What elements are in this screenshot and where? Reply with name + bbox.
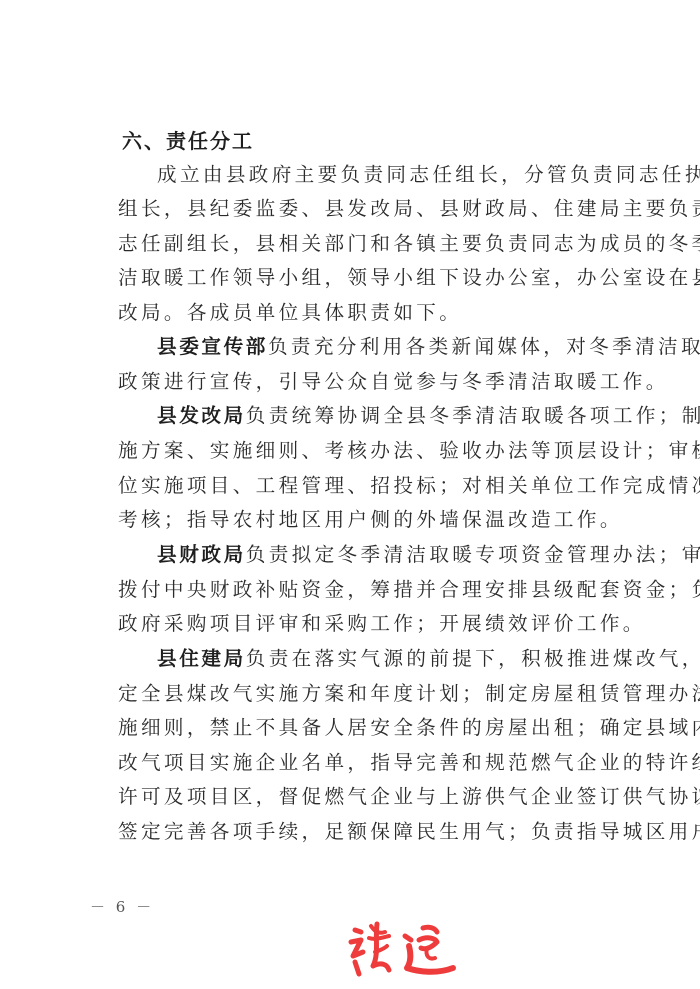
paragraph-first-line: 县发改局负责统筹协调全县冬季清洁取暖各项工作；制订实 <box>157 399 598 433</box>
paragraph-text: 负责统筹协调全县冬季清洁取暖各项工作；制订实 <box>246 404 700 427</box>
paragraph-line: 施细则，禁止不具备人居安全条件的房屋出租；确定县域内煤 <box>118 711 598 745</box>
paragraph-line: 拨付中央财政补贴资金，筹措并合理安排县级配套资金；负责 <box>118 573 598 607</box>
paragraph-line: 施方案、实施细则、考核办法、验收办法等顶层设计；审核各单 <box>118 434 598 468</box>
paragraph-line: 洁取暖工作领导小组，领导小组下设办公室，办公室设在县发 <box>118 261 598 295</box>
paragraph-first-line: 县住建局负责在落实气源的前提下，积极推进煤改气，制 <box>157 642 598 676</box>
paragraph-line: 政策进行宣传，引导公众自觉参与冬季清洁取暖工作。 <box>118 365 598 399</box>
paragraph-line: 成立由县政府主要负责同志任组长，分管负责同志任执行 <box>157 158 598 192</box>
paragraph-text: 负责充分利用各类新闻媒体，对冬季清洁取暖 <box>268 335 700 358</box>
paragraph-line: 位实施项目、工程管理、招投标；对相关单位工作完成情况进行 <box>118 469 598 503</box>
document-page: 六、责任分工 成立由县政府主要负责同志任组长，分管负责同志任执行 组长，县纪委监… <box>0 0 700 989</box>
red-signature-stamp <box>345 918 475 980</box>
paragraph-line: 考核；指导农村地区用户侧的外墙保温改造工作。 <box>118 503 598 537</box>
paragraph-line: 定全县煤改气实施方案和年度计划；制定房屋租赁管理办法实 <box>118 677 598 711</box>
department-name: 县财政局 <box>157 543 246 566</box>
department-name: 县住建局 <box>157 647 246 670</box>
section-heading: 六、责任分工 <box>122 124 254 158</box>
paragraph-line: 志任副组长，县相关部门和各镇主要负责同志为成员的冬季清 <box>118 227 598 261</box>
paragraph-text: 负责拟定冬季清洁取暖专项资金管理办法；审核 <box>246 543 700 566</box>
paragraph-line: 改局。各成员单位具体职责如下。 <box>118 296 598 330</box>
paragraph-first-line: 县委宣传部负责充分利用各类新闻媒体，对冬季清洁取暖 <box>157 330 598 364</box>
department-name: 县委宣传部 <box>157 335 268 358</box>
department-name: 县发改局 <box>157 404 246 427</box>
paragraph-line: 许可及项目区，督促燃气企业与上游供气企业签订供气协议， <box>118 780 598 814</box>
paragraph-line: 改气项目实施企业名单，指导完善和规范燃气企业的特许经营 <box>118 746 598 780</box>
paragraph-line: 组长，县纪委监委、县发改局、县财政局、住建局主要负责同 <box>118 192 598 226</box>
page-number: － 6 － <box>90 896 154 917</box>
paragraph-text: 负责在落实气源的前提下，积极推进煤改气，制 <box>246 647 700 670</box>
paragraph-line: 签定完善各项手续，足额保障民生用气；负责指导城区用户侧 <box>118 815 598 849</box>
paragraph-first-line: 县财政局负责拟定冬季清洁取暖专项资金管理办法；审核 <box>157 538 598 572</box>
paragraph-line: 政府采购项目评审和采购工作；开展绩效评价工作。 <box>118 607 598 641</box>
